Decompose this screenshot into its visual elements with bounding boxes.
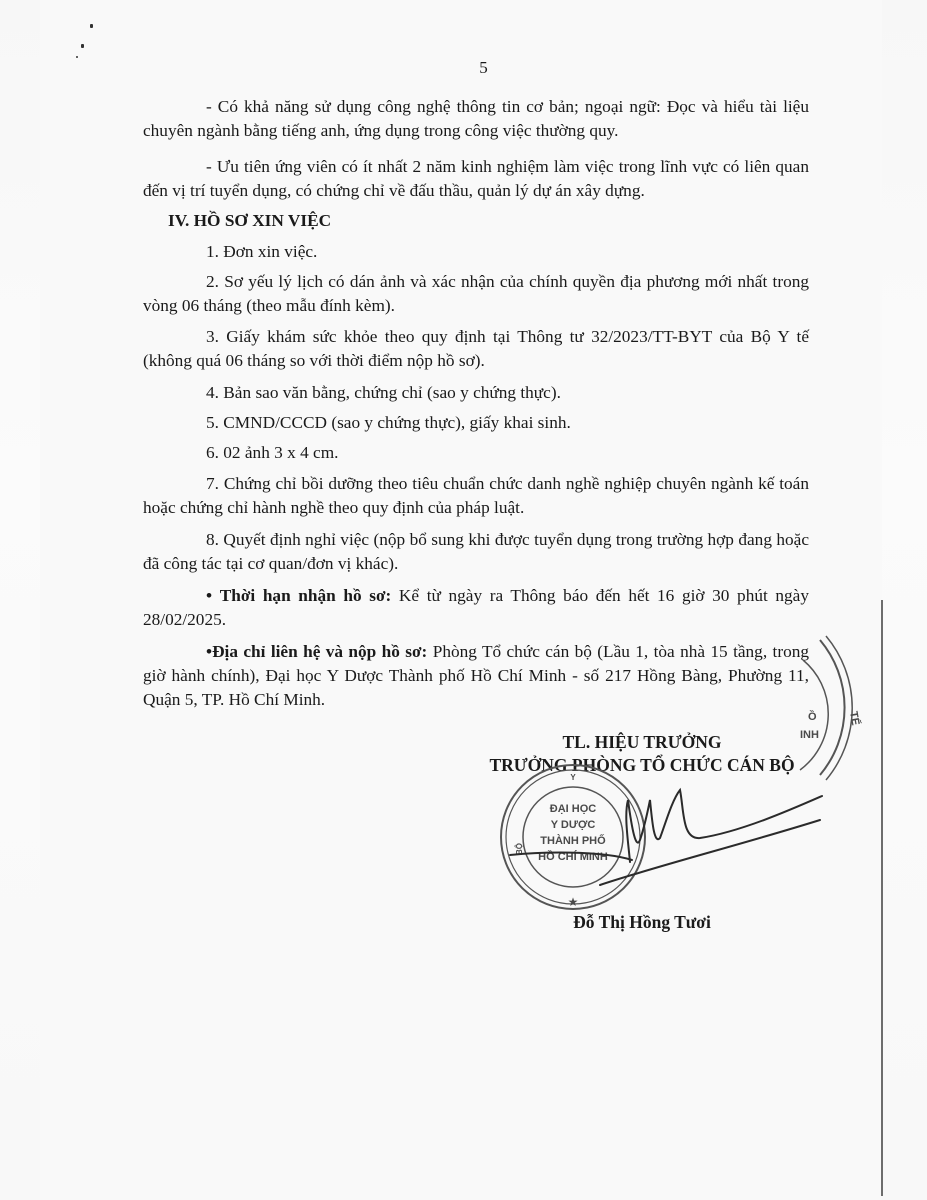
bullet: • <box>206 586 212 605</box>
section-heading: IV. HỒ SƠ XIN VIỆC <box>168 211 331 231</box>
list-item: 6. 02 ảnh 3 x 4 cm. <box>143 441 809 465</box>
list-item: 7. Chứng chỉ bồi dưỡng theo tiêu chuẩn c… <box>143 472 809 520</box>
deadline-paragraph: • Thời hạn nhận hồ sơ: Kể từ ngày ra Thô… <box>143 584 809 632</box>
requirement-experience: - Ưu tiên ứng viên có ít nhất 2 năm kinh… <box>143 155 809 203</box>
signature-line-1: TL. HIỆU TRƯỞNG <box>440 731 844 754</box>
list-item: 2. Sơ yếu lý lịch có dán ảnh và xác nhận… <box>143 270 809 318</box>
signature-line-2: TRƯỞNG PHÒNG TỔ CHỨC CÁN BỘ <box>440 754 844 777</box>
scanned-page: 5 - Có khả năng sử dụng công nghệ thông … <box>0 0 927 1200</box>
list-item: 4. Bản sao văn bằng, chứng chỉ (sao y ch… <box>143 381 809 405</box>
list-item: 1. Đơn xin việc. <box>143 240 809 264</box>
list-item: 8. Quyết định nghỉ việc (nộp bổ sung khi… <box>143 528 809 576</box>
list-item: 5. CMND/CCCD (sao y chứng thực), giấy kh… <box>143 411 809 435</box>
contact-paragraph: •Địa chỉ liên hệ và nộp hồ sơ: Phòng Tổ … <box>143 640 809 712</box>
requirement-it-language: - Có khả năng sử dụng công nghệ thông ti… <box>143 95 809 143</box>
page-number: 5 <box>0 58 927 78</box>
signature-title: TL. HIỆU TRƯỞNG TRƯỞNG PHÒNG TỔ CHỨC CÁN… <box>440 731 844 777</box>
deadline-label: Thời hạn nhận hồ sơ: <box>220 586 392 605</box>
contact-label: Địa chỉ liên hệ và nộp hồ sơ: <box>212 642 427 661</box>
signer-name: Đỗ Thị Hồng Tươi <box>440 912 844 933</box>
scan-speck <box>81 44 84 48</box>
list-item: 3. Giấy khám sức khỏe theo quy định tại … <box>143 325 809 373</box>
scan-speck <box>90 24 93 28</box>
page-edge-line <box>881 600 883 1196</box>
